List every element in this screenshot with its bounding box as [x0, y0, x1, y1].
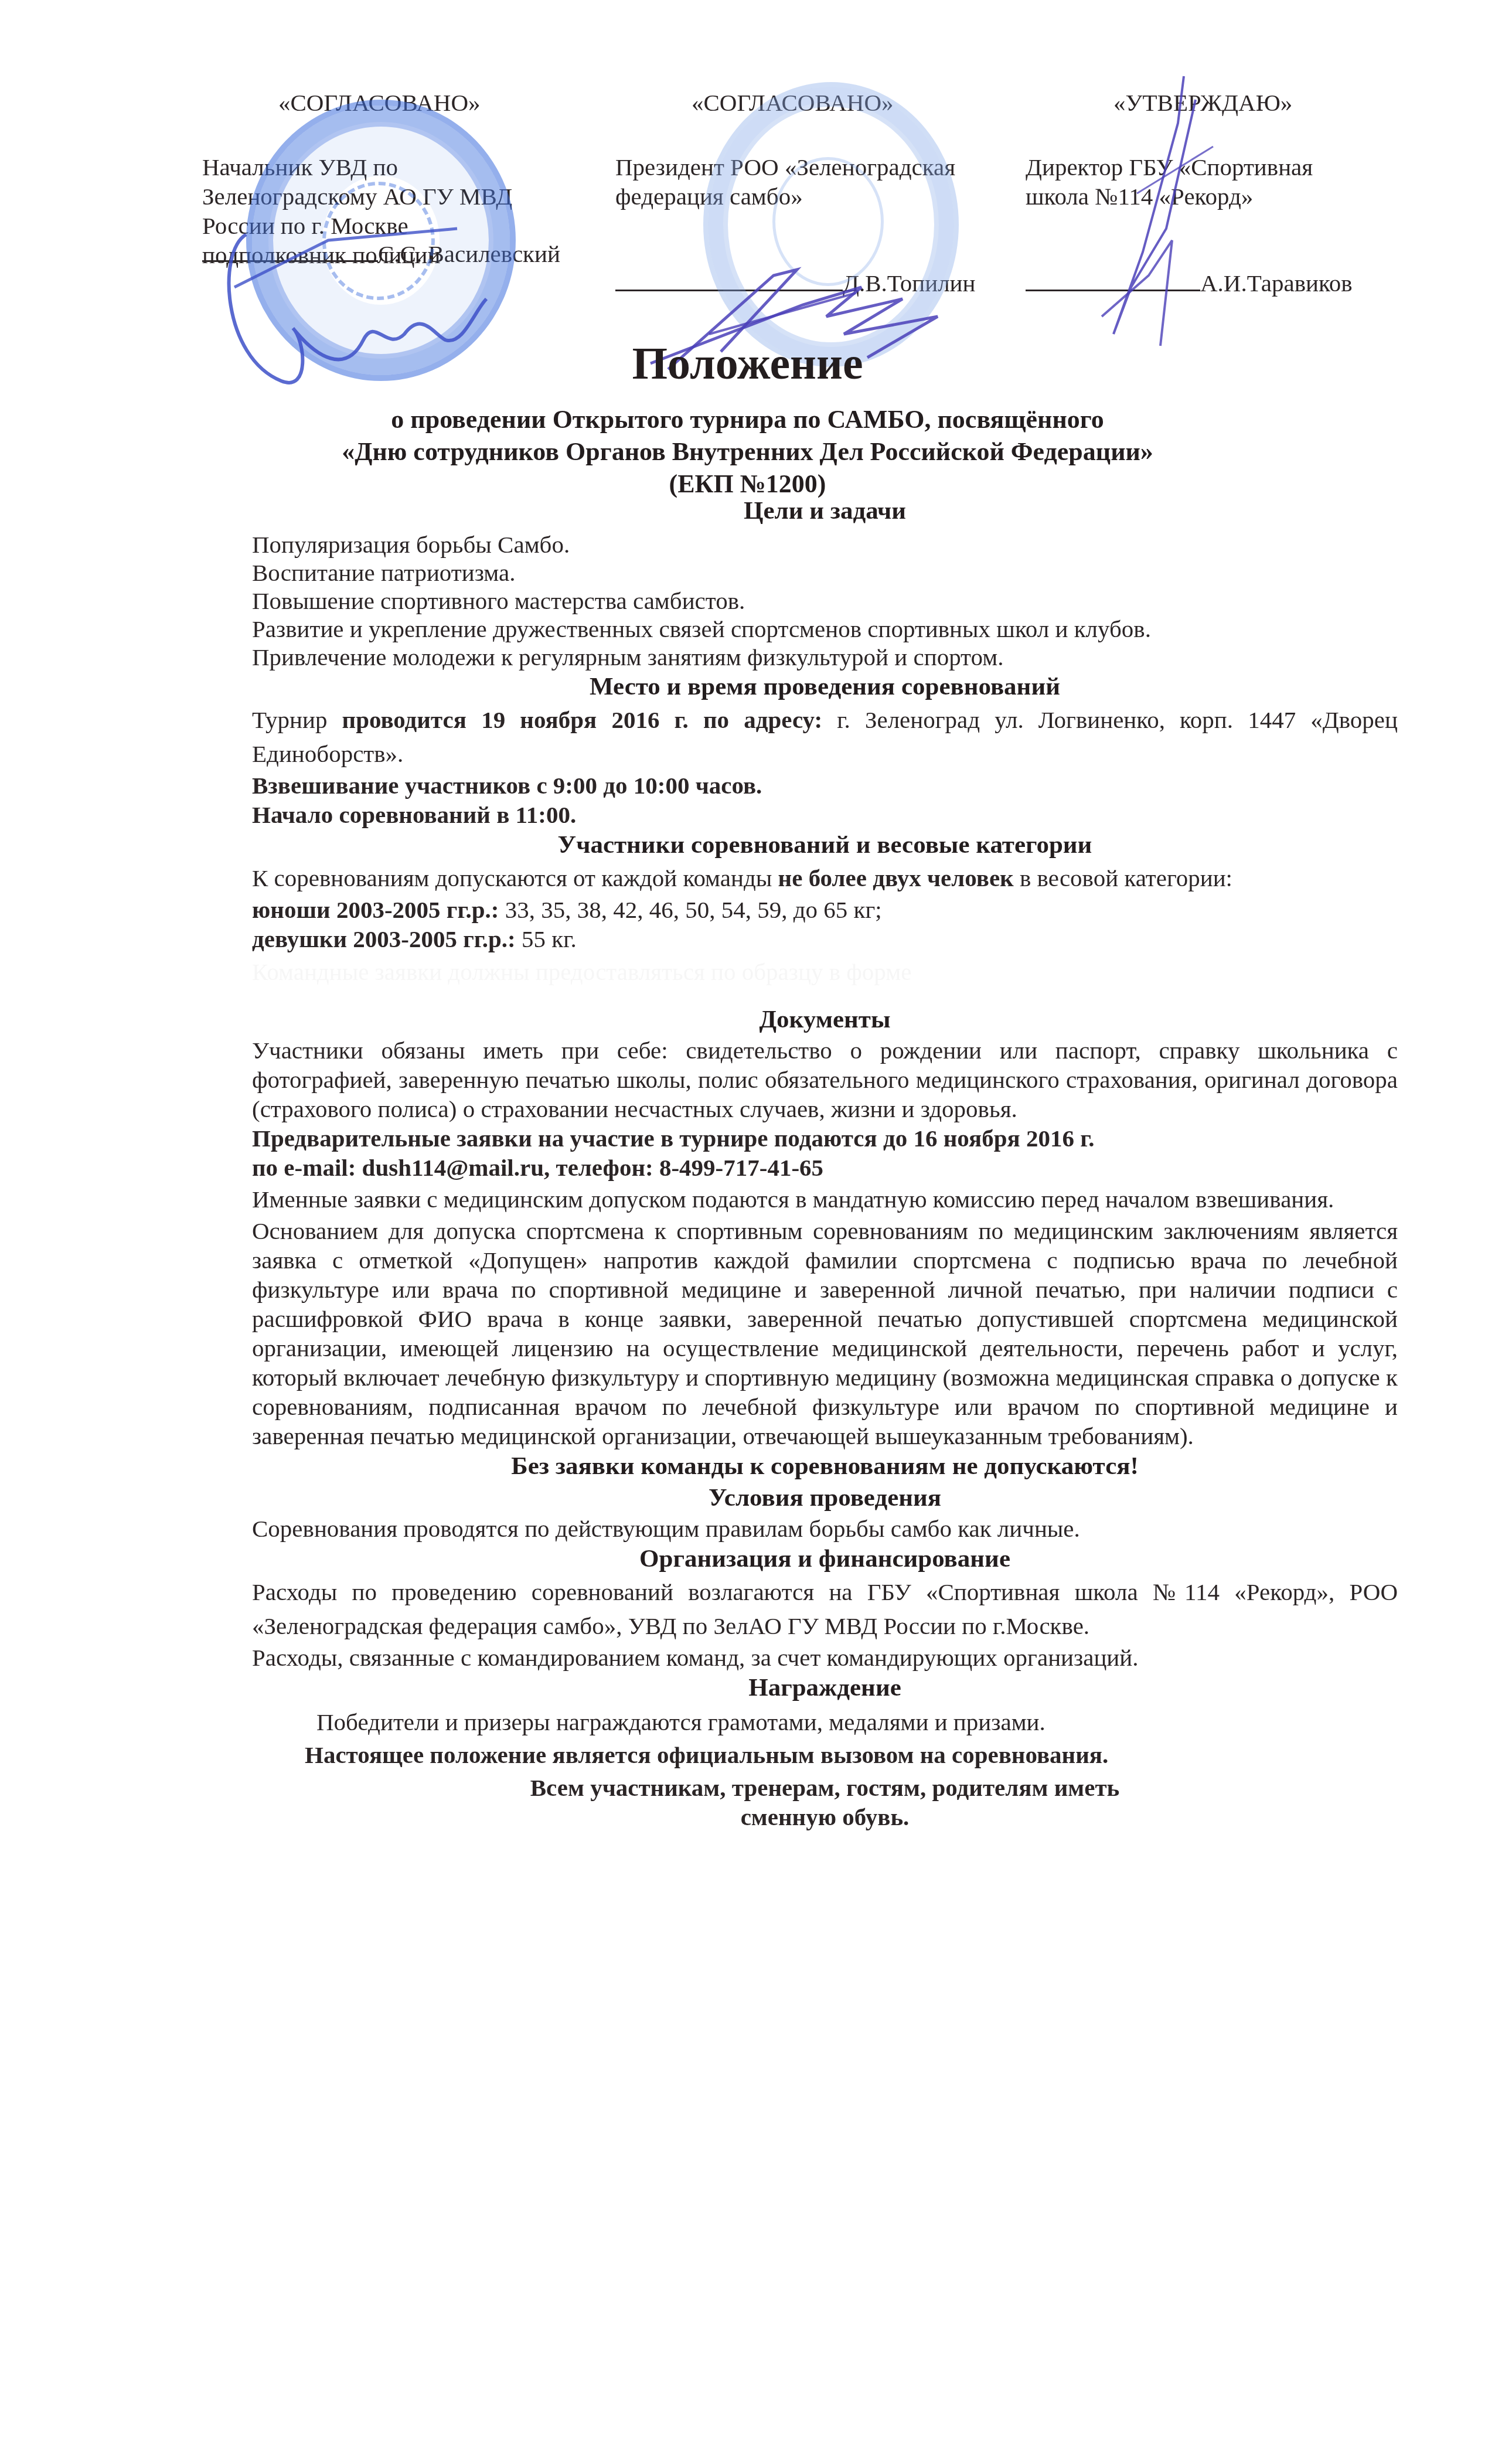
- signatory-name: Д.В.Топилин: [843, 270, 976, 297]
- list-item: Привлечение молодежи к регулярным заняти…: [252, 643, 1398, 671]
- section-heading-awards: Награждение: [252, 1672, 1398, 1704]
- weigh-in-time: Взвешивание участников с 9:00 до 10:00 ч…: [252, 771, 1398, 800]
- admission-warning: Без заявки команды к соревнованиям не до…: [252, 1451, 1398, 1482]
- named-applications-paragraph: Именные заявки с медицинским допуском по…: [252, 1182, 1398, 1216]
- section-heading-financing: Организация и финансирование: [252, 1543, 1398, 1575]
- goals-list: Популяризация борьбы Самбо. Воспитание п…: [252, 530, 1398, 671]
- approval-caption: «УТВЕРЖДАЮ»: [1113, 88, 1292, 117]
- shoes-notice: Всем участникам, тренерам, гостям, родит…: [252, 1773, 1398, 1802]
- email-link[interactable]: dush114@mail.ru: [362, 1154, 544, 1181]
- application-deadline: Предварительные заявки на участие в турн…: [252, 1124, 1398, 1153]
- title-subtitle: «Дню сотрудников Органов Внутренних Дел …: [0, 437, 1495, 467]
- document-body: Цели и задачи Популяризация борьбы Самбо…: [252, 495, 1398, 1832]
- signature-blank: [202, 239, 378, 262]
- approval-caption: «СОГЛАСОВАНО»: [278, 88, 481, 117]
- list-item: Воспитание патриотизма.: [252, 559, 1398, 587]
- signature-line: Д.В.Топилин: [615, 268, 976, 298]
- list-item: Популяризация борьбы Самбо.: [252, 530, 1398, 559]
- section-heading-participants: Участники соревнований и весовые категор…: [252, 829, 1398, 861]
- shoes-notice: сменную обувь.: [252, 1802, 1398, 1832]
- start-time: Начало соревнований в 11:00.: [252, 800, 1398, 829]
- list-item: Развитие и укрепление дружественных связ…: [252, 615, 1398, 643]
- medical-admission-paragraph: Основанием для допуска спортсмена к спор…: [252, 1216, 1398, 1451]
- section-heading-venue: Место и время проведения соревнований: [252, 671, 1398, 703]
- approval-position: Директор ГБУ «Спортивная школа №114 «Рек…: [1026, 152, 1313, 211]
- contact-info: по e-mail: dush114@mail.ru, телефон: 8-4…: [252, 1153, 1398, 1182]
- signature-line: А.И.Таравиков: [1026, 268, 1353, 298]
- list-item: Повышение спортивного мастерства самбист…: [252, 587, 1398, 615]
- documents-paragraph: Участники обязаны иметь при себе: свидет…: [252, 1036, 1398, 1124]
- section-heading-goals: Цели и задачи: [252, 495, 1398, 527]
- awards-paragraph: Победители и призеры награждаются грамот…: [252, 1707, 1398, 1737]
- official-invitation-note: Настоящее положение является официальным…: [252, 1740, 1398, 1769]
- venue-paragraph: Турнир проводится 19 ноября 2016 г. по а…: [252, 703, 1398, 771]
- girls-weight-categories: девушки 2003-2005 гг.р.: 55 кг.: [252, 924, 1398, 954]
- signature-blank: [615, 268, 843, 291]
- erased-line: Командные заявки должны предоставляться …: [252, 957, 1398, 986]
- approval-position: Президент РОО «Зеленоградская федерация …: [615, 152, 955, 211]
- approval-header: «СОГЛАСОВАНО» Начальник УВД по Зеленогра…: [0, 88, 1495, 369]
- approval-caption: «СОГЛАСОВАНО»: [692, 88, 894, 117]
- section-heading-documents: Документы: [252, 1004, 1398, 1036]
- signatory-name: А.И.Таравиков: [1200, 270, 1353, 297]
- signatory-name: С.С. Василевский: [378, 240, 560, 267]
- participants-paragraph: К соревнованиям допускаются от каждой ко…: [252, 861, 1398, 895]
- title-subtitle: о проведении Открытого турнира по САМБО,…: [0, 404, 1495, 435]
- section-heading-conditions: Условия проведения: [252, 1482, 1398, 1514]
- signature-blank: [1026, 268, 1200, 291]
- conditions-paragraph: Соревнования проводятся по действующим п…: [252, 1514, 1398, 1543]
- financing-paragraph: Расходы по проведению соревнований возла…: [252, 1575, 1398, 1643]
- boys-weight-categories: юноши 2003-2005 гг.р.: 33, 35, 38, 42, 4…: [252, 895, 1398, 924]
- travel-expenses-paragraph: Расходы, связанные с командированием ком…: [252, 1643, 1398, 1672]
- page-title: Положение: [0, 337, 1495, 390]
- document-page: «СОГЛАСОВАНО» Начальник УВД по Зеленогра…: [0, 0, 1495, 2464]
- signature-line: С.С. Василевский: [202, 239, 560, 268]
